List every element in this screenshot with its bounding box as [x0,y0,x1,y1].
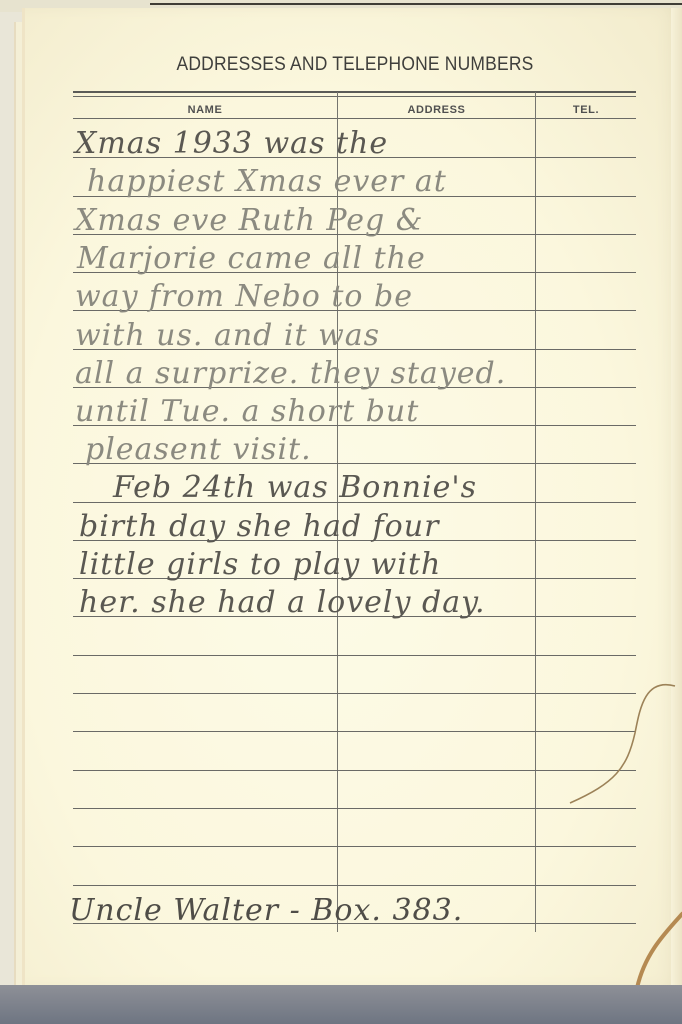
ruled-line [73,808,636,809]
address-entry-uncle-walter: Uncle Walter - Box. 383. [69,893,463,928]
handwritten-line: until Tue. a short but [75,394,419,429]
page-title: ADDRESSES AND TELEPHONE NUMBERS [51,54,658,76]
handwritten-line: way from Nebo to be [75,279,413,314]
ruled-line [73,885,636,886]
column-header-name: NAME [73,104,337,116]
handwritten-line: Feb 24th was Bonnie's [113,470,477,505]
ruled-line [73,731,636,732]
background-top-edge [150,3,682,5]
handwritten-line: her. she had a lovely day. [79,585,486,620]
handwritten-line: Marjorie came all the [77,241,426,276]
ruled-line [73,846,636,847]
ruled-line [73,770,636,771]
handwritten-line: little girls to play with [79,547,441,582]
handwritten-line: Xmas eve Ruth Peg & [75,203,423,238]
header-top-rule [73,91,636,93]
column-header-tel: TEL. [536,104,636,116]
bookmark-thread-icon [565,678,682,998]
handwritten-line: happiest Xmas ever at [87,164,447,199]
handwritten-line: Xmas 1933 was the [75,126,388,161]
background-bottom [0,985,682,1024]
handwritten-line: with us. and it was [75,318,380,353]
header-bottom-rule [73,118,636,119]
header-top-rule-2 [73,96,636,97]
handwritten-line: pleasent visit. [85,432,312,467]
ruled-line [73,655,636,656]
column-divider-2 [535,92,536,932]
column-header-address: ADDRESS [338,104,535,116]
handwritten-line: all a surprize. they stayed. [75,356,506,391]
notebook-page: ADDRESSES AND TELEPHONE NUMBERS NAME ADD… [22,8,682,986]
ruled-line [73,693,636,694]
handwritten-line: birth day she had four [79,509,439,544]
